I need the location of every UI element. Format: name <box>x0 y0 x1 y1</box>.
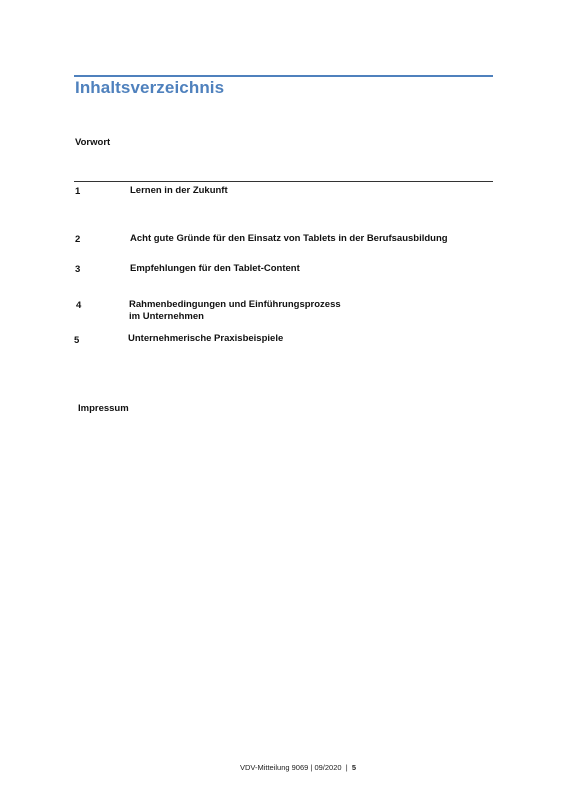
footer-page-number: 5 <box>352 763 356 772</box>
footer-date: 09/2020 <box>314 763 341 772</box>
footer-separator: | <box>310 763 312 772</box>
toc-entry-title: Lernen in der Zukunft <box>130 185 228 197</box>
toc-entry-title-line2: im Unternehmen <box>129 311 204 323</box>
toc-entry-number: 1 <box>75 186 80 197</box>
footer-publication: VDV-Mitteilung 9069 <box>240 763 308 772</box>
toc-entry-number: 5 <box>74 335 79 346</box>
toc-entry-number: 3 <box>75 264 80 275</box>
toc-entry-number: 4 <box>76 300 81 311</box>
toc-imprint[interactable]: Impressum <box>78 403 129 414</box>
toc-divider <box>74 181 493 182</box>
title-rule <box>74 75 493 77</box>
toc-entry-number: 2 <box>75 234 80 245</box>
toc-entry-title: Empfehlungen für den Tablet-Content <box>130 263 300 275</box>
page-title: Inhaltsverzeichnis <box>75 78 224 98</box>
toc-preface[interactable]: Vorwort <box>75 137 110 148</box>
toc-entry-title: Unternehmerische Praxisbeispiele <box>128 333 283 345</box>
footer-separator: | <box>346 763 348 772</box>
page-footer: VDV-Mitteilung 9069 | 09/2020 | 5 <box>0 763 566 772</box>
toc-entry-title: Acht gute Gründe für den Einsatz von Tab… <box>130 233 448 245</box>
toc-entry-title: Rahmenbedingungen und Einführungsprozess <box>129 299 341 311</box>
